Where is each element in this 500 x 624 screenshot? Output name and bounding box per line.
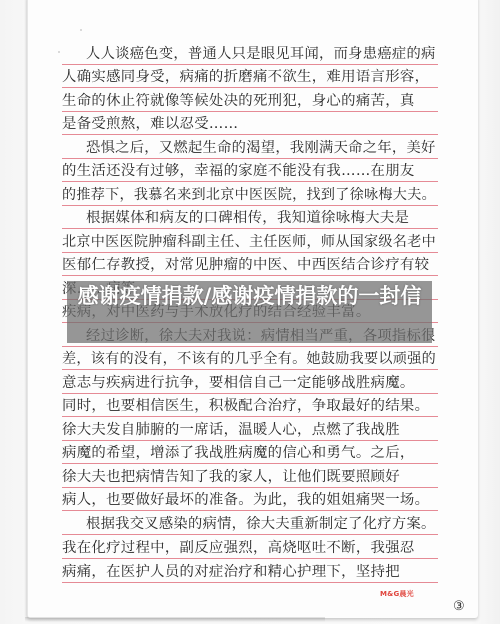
ruled-text-line: 同时，也要相信医生，积极配合治疗，争取最好的结果。	[62, 395, 438, 417]
handwritten-text: 徐大夫发自肺腑的一席话，温暖人心，点燃了我战胜	[62, 418, 400, 439]
ruled-text-line: 的生活还没有过够，幸福的家庭不能没有我……在朋友	[62, 160, 438, 182]
ruled-text-line: 徐大夫也把病情告知了我的家人，让他们既要照顾好	[62, 466, 438, 488]
handwritten-text: 病痛，在医护人员的对症治疗和精心护理下，坚持把	[62, 560, 400, 581]
ruled-text-line: 人确实感同身受，病痛的折磨痛不欲生，难用语言形容，	[62, 66, 438, 88]
handwritten-text: 人确实感同身受，病痛的折磨痛不欲生，难用语言形容，	[62, 65, 429, 86]
ruled-text-line: 根据媒体和病友的口碑相传，我知道徐咏梅大夫是	[62, 207, 438, 229]
ruled-text-line: 的推荐下，我慕名来到北京中医医院，找到了徐咏梅大夫。	[62, 184, 438, 206]
ruled-text-line: 我在化疗过程中，副反应强烈，高烧呕吐不断，我强忍	[62, 537, 438, 559]
ruled-text-line: 病痛，在医护人员的对症治疗和精心护理下，坚持把	[62, 561, 438, 583]
handwritten-text: 病人，也要做好最坏的准备。为此，我的姐姐痛哭一场。	[62, 488, 429, 509]
handwritten-text: 北京中医医院肿瘤科副主任、主任医师，师从国家级名老中	[62, 230, 436, 251]
handwritten-text: 的生活还没有过够，幸福的家庭不能没有我……在朋友	[62, 159, 415, 180]
handwritten-text: 差，该有的没有，不该有的几乎全有。她鼓励我要以顽强的	[62, 347, 436, 368]
article-title: 感谢疫情捐款/感谢疫情捐款的一封信	[67, 283, 432, 310]
ruled-text-line: 医郁仁存教授，对常见肿瘤的中医、中西医结合诊疗有较	[62, 254, 438, 276]
ruled-text-line: 北京中医医院肿瘤科副主任、主任医师，师从国家级名老中	[62, 231, 438, 253]
handwritten-text: 根据我交叉感染的病情，徐大夫重新制定了化疗方案。	[86, 512, 436, 533]
ruled-text-line: 徐大夫发自肺腑的一席话，温暖人心，点燃了我战胜	[62, 419, 438, 441]
handwritten-text: 医郁仁存教授，对常见肿瘤的中医、中西医结合诊疗有较	[62, 253, 429, 274]
handwritten-text: 徐大夫也把病情告知了我的家人，让他们既要照顾好	[62, 465, 400, 486]
handwritten-text: 的推荐下，我慕名来到北京中医医院，找到了徐咏梅大夫。	[62, 183, 436, 204]
ruled-text-line: 根据我交叉感染的病情，徐大夫重新制定了化疗方案。	[62, 513, 438, 535]
paper-brand-logo: M&G晨光	[380, 589, 414, 599]
handwritten-text: 意志与疾病进行抗争，要相信自己一定能够战胜病魔。	[62, 371, 415, 392]
handwritten-text: 我在化疗过程中，副反应强烈，高烧呕吐不断，我强忍	[62, 536, 415, 557]
ruled-text-line: 人人谈癌色变，普通人只是眼见耳闻，而身患癌症的病	[62, 43, 438, 65]
ruled-text-line: 病魔的希望，增添了我战胜病魔的信心和勇气。之后，	[62, 442, 438, 464]
page-number: ③	[453, 599, 465, 614]
handwritten-text: 人人谈癌色变，普通人只是眼见耳闻，而身患癌症的病	[86, 42, 436, 63]
ruled-text-line: 生命的休止符就像等候处决的死刑犯，身心的痛苦，真	[62, 90, 438, 112]
handwritten-text: 同时，也要相信医生，积极配合治疗，争取最好的结果。	[62, 394, 429, 415]
handwritten-text: 是备受煎熬，难以忍受……	[62, 112, 238, 133]
handwritten-text: 恐惧之后，又燃起生命的渴望，我刚满天命之年，美好	[86, 136, 436, 157]
ruled-text-line: 恐惧之后，又燃起生命的渴望，我刚满天命之年，美好	[62, 137, 438, 159]
ruled-text-line: 病人，也要做好最坏的准备。为此，我的姐姐痛哭一场。	[62, 489, 438, 511]
handwritten-text: 病魔的希望，增添了我战胜病魔的信心和勇气。之后，	[62, 441, 415, 462]
handwritten-text: 生命的休止符就像等候处决的死刑犯，身心的痛苦，真	[62, 89, 415, 110]
ruled-text-line: 差，该有的没有，不该有的几乎全有。她鼓励我要以顽强的	[62, 348, 438, 370]
ruled-text-line: 意志与疾病进行抗争，要相信自己一定能够战胜病魔。	[62, 372, 438, 394]
handwritten-text: 根据媒体和病友的口碑相传，我知道徐咏梅大夫是	[86, 206, 409, 227]
ruled-text-line: 是备受煎熬，难以忍受……	[62, 113, 438, 135]
